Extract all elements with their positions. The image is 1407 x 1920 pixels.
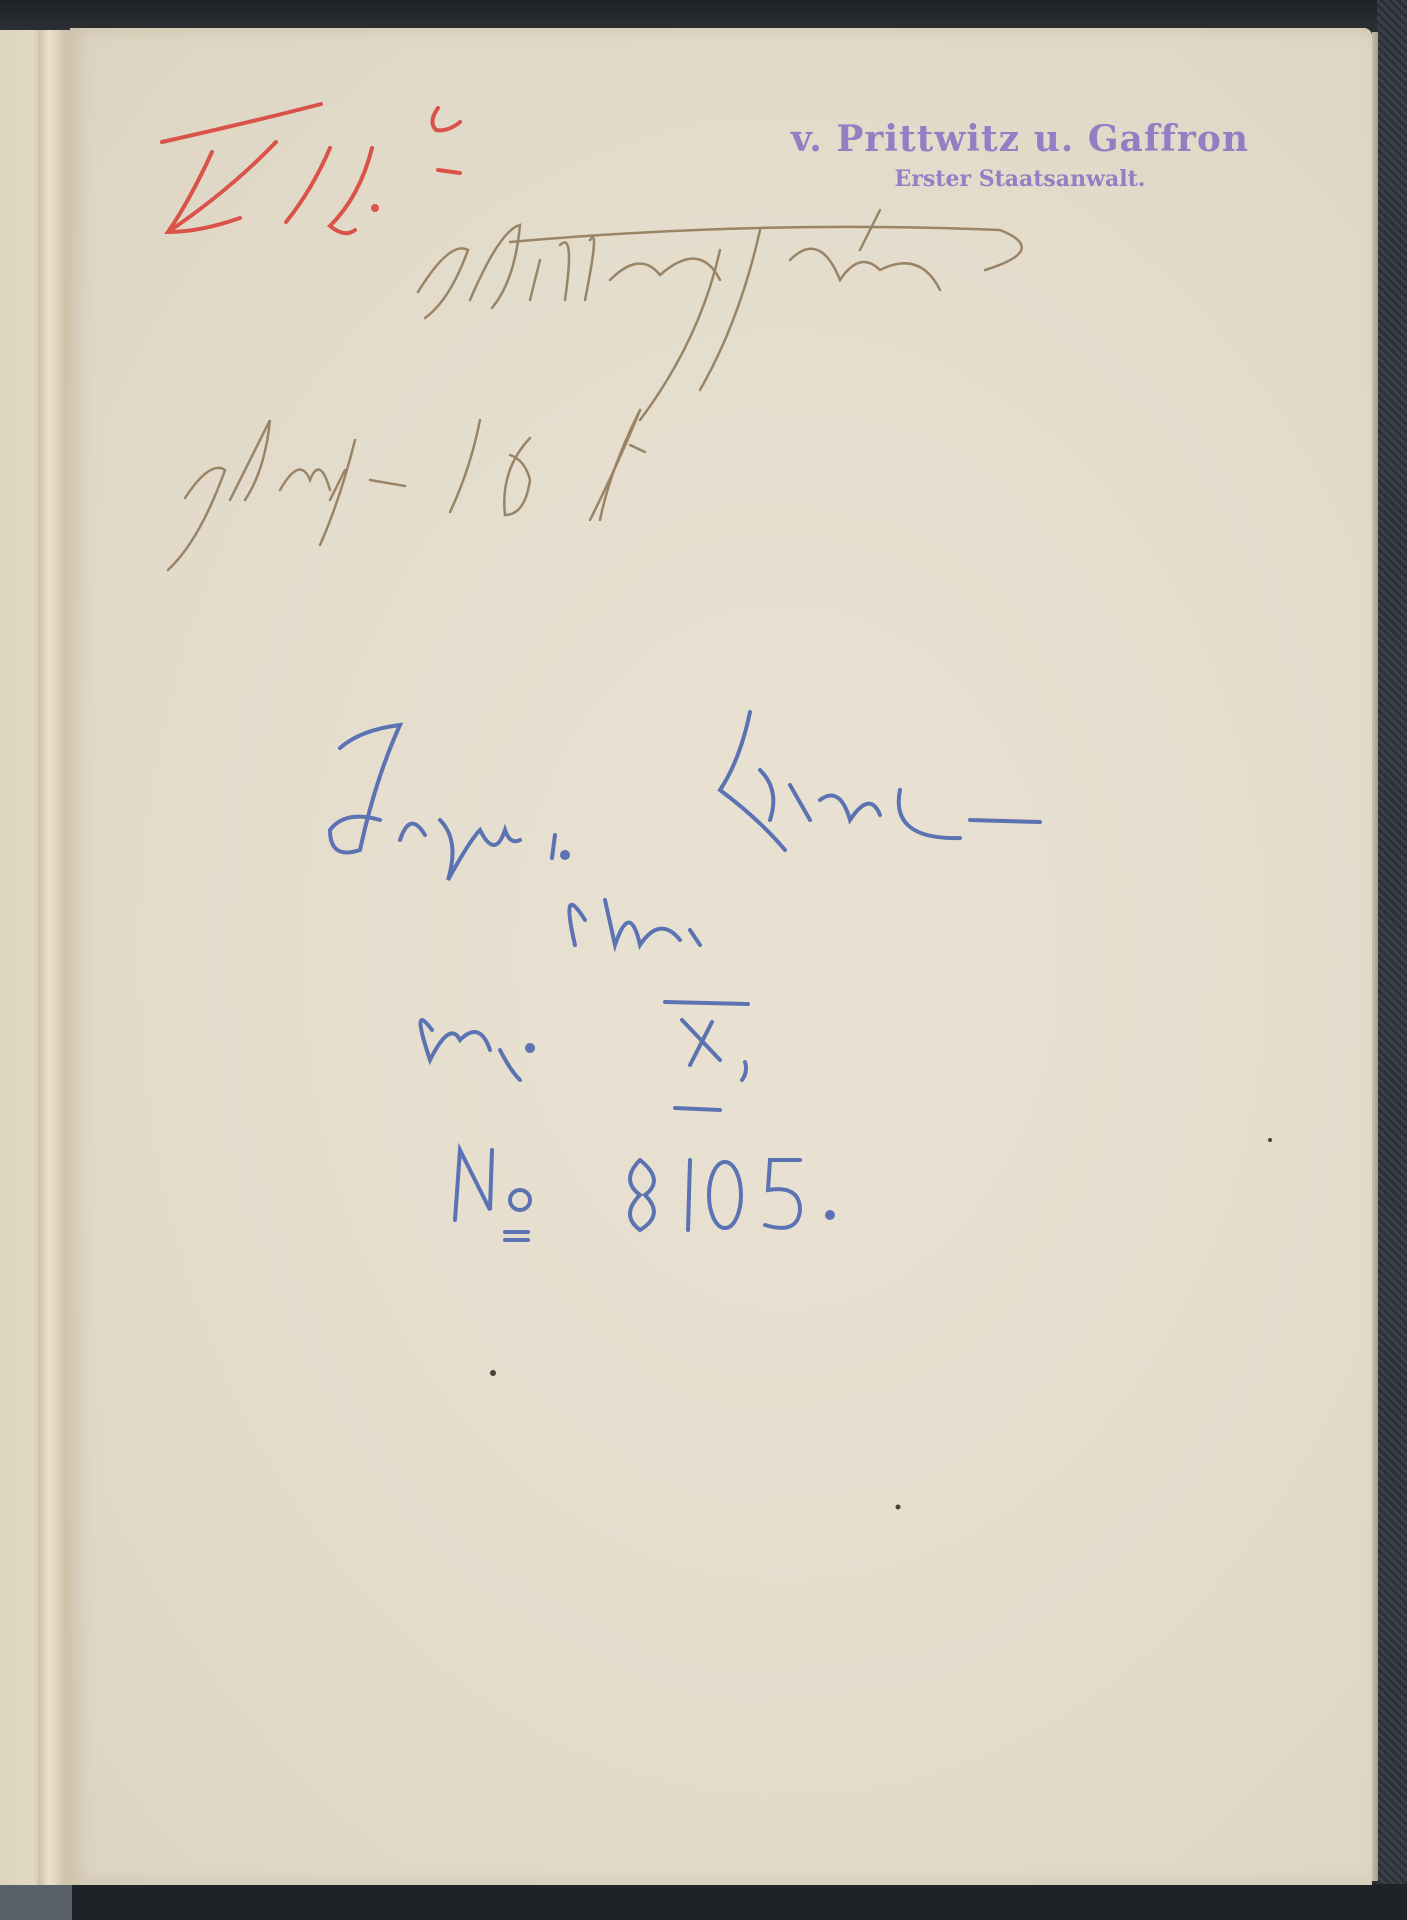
owner-stamp: v. Prittwitz u. Gaffron Erster Staatsanw… — [745, 118, 1295, 192]
spine-fold — [38, 30, 66, 1885]
flyleaf-page — [70, 28, 1372, 1885]
book-cloth-top — [0, 0, 1407, 30]
stamp-office: Erster Staatsanwalt. — [745, 166, 1295, 192]
page-edge — [1372, 32, 1378, 1881]
book-cloth-bottom — [0, 1884, 1407, 1920]
book-cloth-right — [1377, 0, 1407, 1920]
book-cloth-bottom-left — [0, 1884, 72, 1920]
stamp-name: v. Prittwitz u. Gaffron — [745, 118, 1295, 160]
